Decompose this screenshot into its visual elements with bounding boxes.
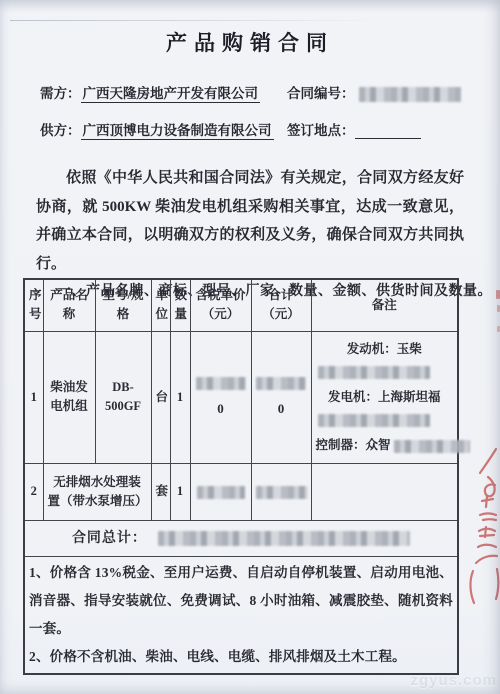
sign-place-field: 签订地点： [287,119,421,139]
row1-total-cell: 0 [251,331,311,463]
row1-remark-cell: 发动机：玉柴 发电机：上海斯坦福 控制器：众智 [311,331,458,463]
supplier-row: 供方：广西顶博电力设备制造有限公司 签订地点： [40,119,472,139]
contract-no-field: 合同编号： [287,82,461,102]
sign-place-label: 签订地点： [287,119,355,139]
notes-row: 1、价格含 13%税金、至用户运费、自启动自停机装置、启动用电池、消音器、指导安… [24,556,458,674]
row2-product-name: 无排烟水处理装置（带水泵增压） [43,463,151,520]
row2-total-cell [251,463,311,520]
row1-total-redacted [256,377,306,390]
row1-unit-price-cell: 0 [190,331,251,463]
notes-cell: 1、价格含 13%税金、至用户运费、自启动自停机装置、启动用电池、消音器、指导安… [24,556,458,674]
contract-total-label: 合同总计： [72,531,147,546]
remark-engine-label: 发动机： [347,342,397,356]
table-header-row: 序号 产品名称 型号/规格 单位 数量 含税单价（元） 合计（元） 备注 [24,279,458,331]
sign-place-blank-line [355,124,421,139]
col-header-unit: 单位 [151,279,170,331]
remark-controller-label: 控制器： [316,438,366,452]
row1-model: DB-500GF [95,331,151,463]
remark-controller: 控制器：众智 [316,436,454,454]
supplier-name: 广西顶博电力设备制造有限公司 [81,123,274,140]
row2-qty: 1 [170,463,190,520]
remark-engine-value: 玉柴 [397,342,422,356]
parties-block: 需方：广西天隆房地产开发有限公司 合同编号： 供方：广西顶博电力设备制造有限公司… [40,82,472,156]
remark-alternator: 发电机：上海斯坦福 [316,388,454,406]
contract-no-redacted-value [359,87,461,102]
contract-scan-page: 产品购销合同 需方：广西天隆房地产开发有限公司 合同编号： 供方：广西顶博电力设… [0,0,500,694]
buyer-row: 需方：广西天隆房地产开发有限公司 合同编号： [40,82,472,102]
red-stamp-edge-marks [494,290,500,340]
remark-engine-redacted [318,366,430,379]
row2-unit: 套 [151,463,170,520]
remark-alternator-label: 发电机： [328,390,378,404]
row1-no: 1 [24,331,43,463]
contract-total-row: 合同总计： [24,520,458,556]
col-header-qty: 数量 [170,279,190,331]
remark-controller-value: 众智 [366,438,391,452]
contract-total-cell: 合同总计： [24,520,458,556]
items-table: 序号 产品名称 型号/规格 单位 数量 含税单价（元） 合计（元） 备注 1 柴… [23,278,459,675]
row2-unit-price-cell [190,463,251,520]
remark-alternator-redacted [318,414,430,427]
red-ink-annotation [466,443,500,613]
page-title: 产品购销合同 [0,27,500,57]
table-row-1: 1 柴油发电机组 DB-500GF 台 1 0 0 发动机：玉柴 发电机：上海斯… [24,331,458,463]
row2-no: 2 [24,463,43,520]
col-header-unit-price: 含税单价（元） [190,279,251,331]
contract-total-redacted [158,531,410,546]
row2-unit-price-redacted [197,486,245,499]
buyer-label: 需方： [40,86,81,101]
row2-total-redacted [256,486,308,499]
supplier-label: 供方： [40,123,81,138]
remark-engine: 发动机：玉柴 [316,340,454,358]
buyer-field: 需方：广西天隆房地产开发有限公司 [40,82,287,102]
preamble-paragraph: 依照《中华人民共和国合同法》有关规定，合同双方经友好协商，就 500KW 柴油发… [36,164,464,278]
col-header-product-name: 产品名称 [43,279,95,331]
row1-unit-price-value: 0 [195,399,247,418]
row2-remark-cell [311,463,458,520]
note-2: 2、价格不含机油、柴油、电线、电缆、排风排烟及土木工程。 [29,643,453,671]
col-header-remark: 备注 [311,279,458,331]
row1-product-name: 柴油发电机组 [43,331,95,463]
col-header-total: 合计（元） [251,279,311,331]
remark-alternator-value: 上海斯坦福 [378,390,441,404]
watermark-text: zgyus.com [410,672,497,689]
contract-no-label: 合同编号： [287,82,355,102]
scan-crease-line [10,20,382,21]
row1-qty: 1 [170,331,190,463]
note-1: 1、价格含 13%税金、至用户运费、自启动自停机装置、启动用电池、消音器、指导安… [29,559,453,643]
remark-controller-redacted [394,440,470,453]
row1-total-value: 0 [256,399,307,418]
buyer-name: 广西天隆房地产开发有限公司 [81,86,261,103]
table-row-2: 2 无排烟水处理装置（带水泵增压） 套 1 [24,463,458,520]
row1-unit-price-redacted [196,377,246,390]
col-header-model-spec: 型号/规格 [95,279,151,331]
supplier-field: 供方：广西顶博电力设备制造有限公司 [40,119,287,139]
row1-unit: 台 [151,331,170,463]
col-header-no: 序号 [24,279,43,331]
